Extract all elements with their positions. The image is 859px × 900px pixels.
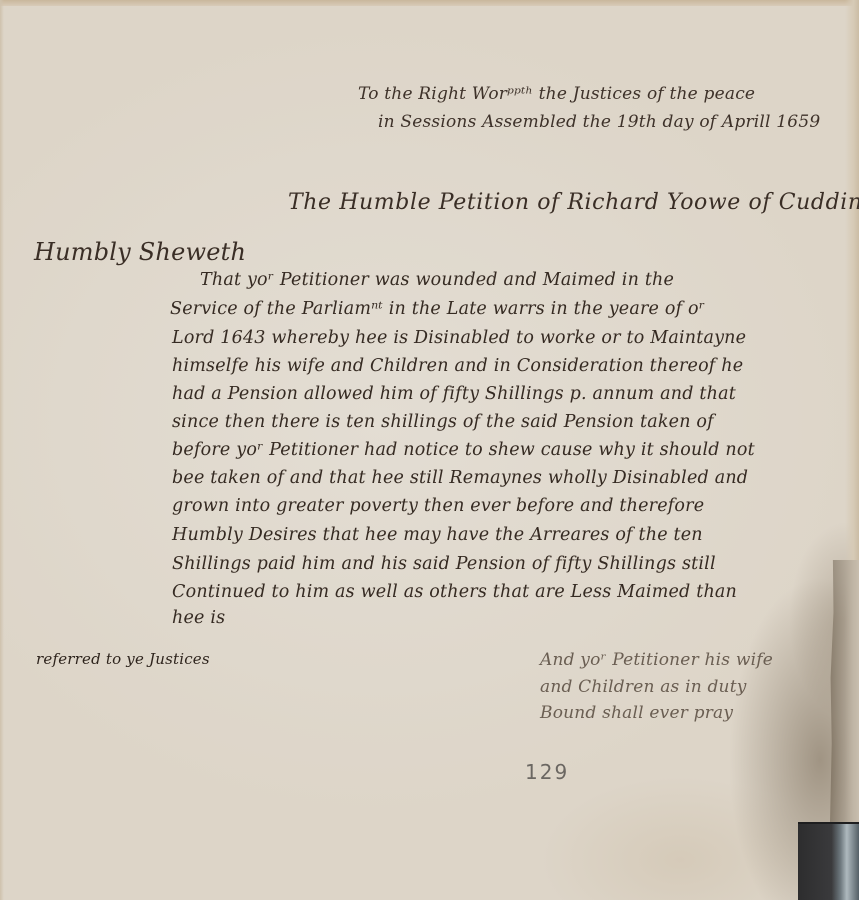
body-line: before yoʳ Petitioner had notice to shew… <box>172 440 755 460</box>
body-line: himselfe his wife and Children and in Co… <box>172 356 743 376</box>
closing-line: And yoʳ Petitioner his wife <box>540 650 773 670</box>
body-line: That yoʳ Petitioner was wounded and Maim… <box>200 270 674 290</box>
folio-number: 129 <box>525 760 569 784</box>
binding-clip <box>798 822 859 900</box>
referral-note: referred to ye Justices <box>36 650 210 668</box>
body-line: Service of the Parliamⁿᵗ in the Late war… <box>170 299 705 319</box>
address-line-2: in Sessions Assembled the 19th day of Ap… <box>378 112 820 132</box>
body-line: Humbly Desires that hee may have the Arr… <box>172 525 703 545</box>
body-line: had a Pension allowed him of fifty Shill… <box>172 384 736 404</box>
body-line: Continued to him as well as others that … <box>172 582 737 602</box>
body-line: grown into greater poverty then ever bef… <box>172 496 704 516</box>
closing-line: and Children as in duty <box>540 677 747 697</box>
body-line: bee taken of and that hee still Remaynes… <box>172 468 748 488</box>
closing-line: Bound shall ever pray <box>540 703 733 723</box>
humbly-sheweth-heading: Humbly Sheweth <box>34 238 246 266</box>
body-line: hee is <box>172 608 225 628</box>
torn-edge-stain <box>830 560 859 822</box>
manuscript-page: To the Right Worᵖᵖᵗʰ the Justices of the… <box>0 0 859 900</box>
petition-title: The Humble Petition of Richard Yoowe of … <box>288 190 859 215</box>
paper-left-edge <box>0 0 4 900</box>
body-line: since then there is ten shillings of the… <box>172 412 714 432</box>
body-line: Shillings paid him and his said Pension … <box>172 554 716 574</box>
paper-top-edge <box>0 0 859 6</box>
address-line-1: To the Right Worᵖᵖᵗʰ the Justices of the… <box>358 84 755 104</box>
body-line: Lord 1643 whereby hee is Disinabled to w… <box>172 328 746 348</box>
